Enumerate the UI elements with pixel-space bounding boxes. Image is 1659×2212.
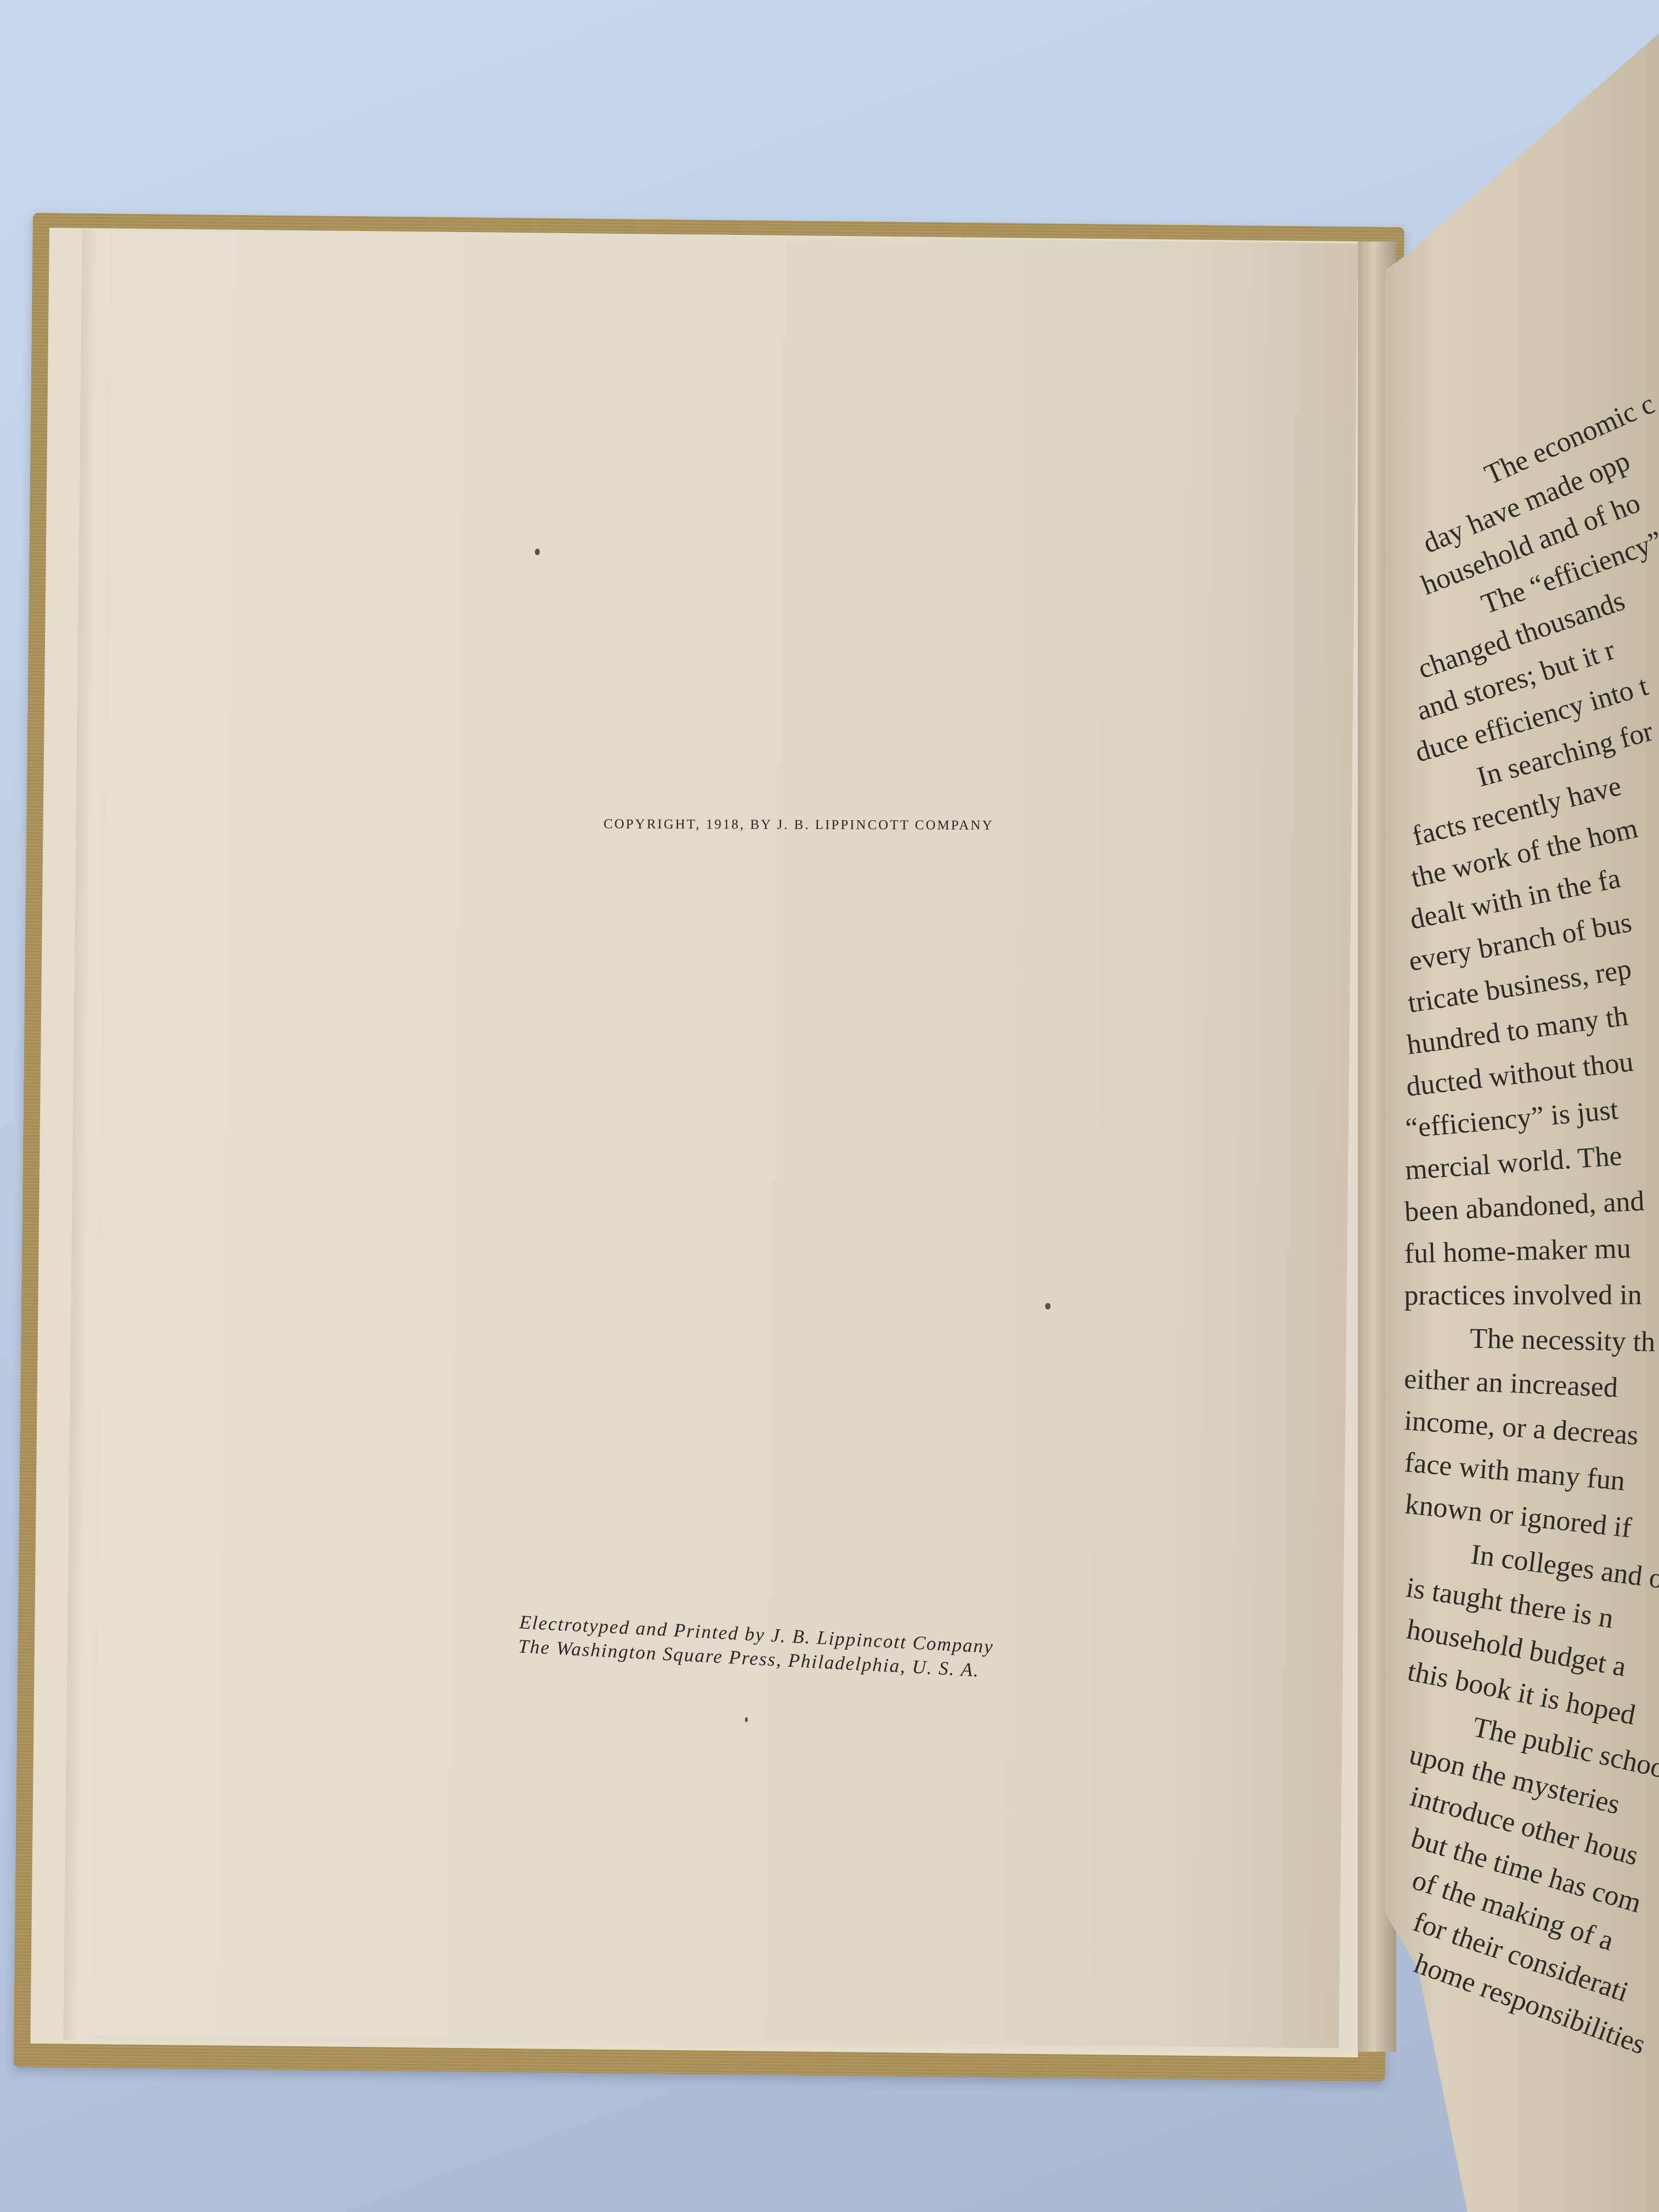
text-line: ful home-maker mu	[1404, 1227, 1659, 1275]
text-line: The necessity th	[1404, 1317, 1659, 1364]
copyright-notice: COPYRIGHT, 1918, BY J. B. LIPPINCOTT COM…	[603, 817, 994, 833]
paper-speck	[535, 549, 540, 555]
text-line: practices involved in	[1404, 1274, 1659, 1317]
paper-speck	[1045, 1303, 1051, 1310]
right-page-text: The economic cday have made opphousehold…	[1426, 483, 1659, 1984]
left-page	[94, 230, 1358, 2049]
paper-speck	[745, 1717, 748, 1722]
